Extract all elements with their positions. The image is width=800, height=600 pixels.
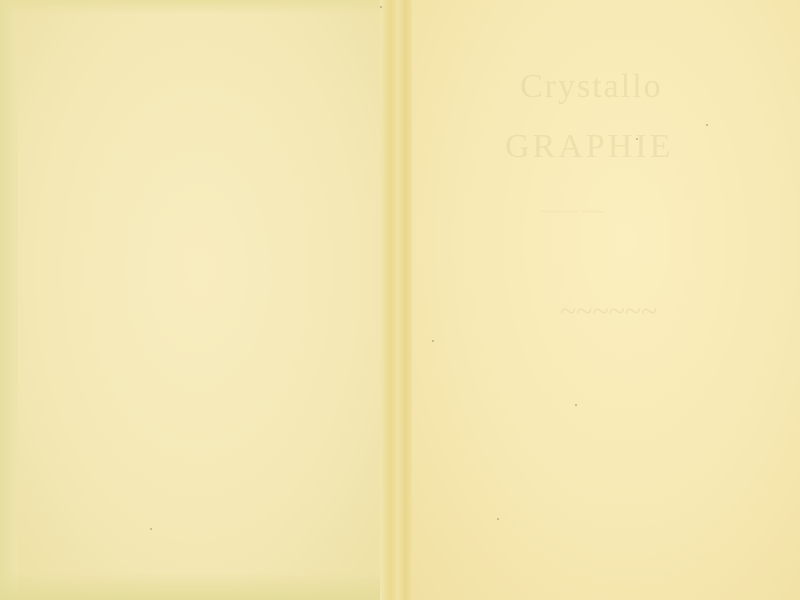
left-page-outer-edge xyxy=(0,0,18,600)
paper-speck xyxy=(150,528,152,530)
bleed-through-title-line-1: Crystallo xyxy=(520,68,663,106)
bleed-through-subtitle: ~~~~~ ~~~ xyxy=(540,205,604,221)
paper-speck xyxy=(706,124,708,126)
paper-speck xyxy=(432,340,434,342)
paper-speck xyxy=(497,518,499,520)
paper-speck xyxy=(575,404,577,406)
left-page-top-edge xyxy=(0,0,395,14)
paper-speck xyxy=(380,6,382,8)
left-page xyxy=(0,0,395,600)
bleed-through-title-line-2: GRAPHIE xyxy=(505,128,673,166)
bleed-through-ornament: ~~~~~~ xyxy=(560,295,657,329)
book-gutter xyxy=(380,0,416,600)
paper-speck xyxy=(636,138,638,140)
book-spread: Crystallo GRAPHIE ~~~~~ ~~~ ~~~~~~ xyxy=(0,0,800,600)
left-page-bottom-edge xyxy=(0,572,395,600)
